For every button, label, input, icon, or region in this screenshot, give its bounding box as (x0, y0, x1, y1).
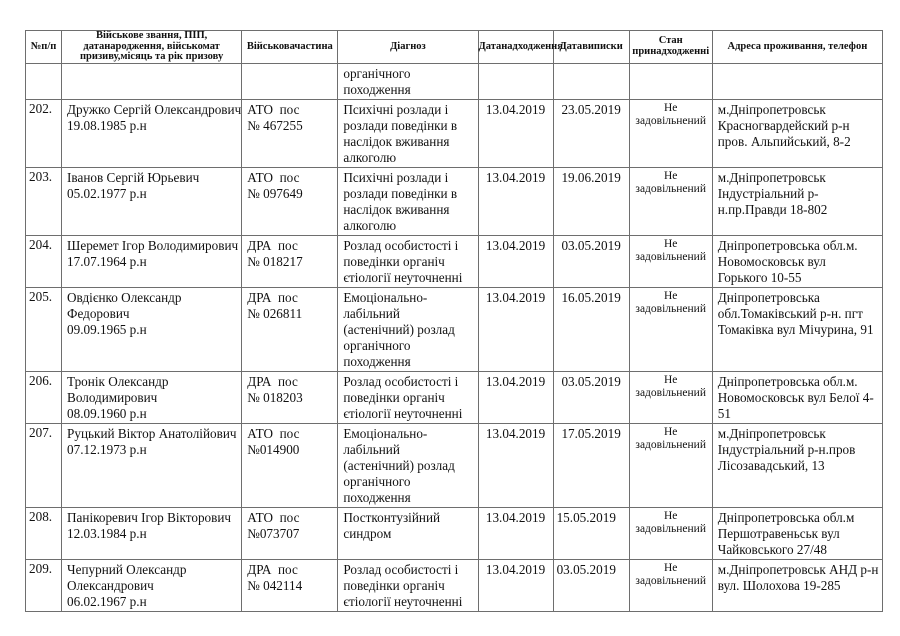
unit-line: № 018203 (247, 390, 332, 406)
discharge-date: 23.05.2019 (554, 100, 629, 118)
cell-name: Овдієнко ОлександрФедорович09.09.1965 р.… (62, 287, 242, 371)
state-line: задовільнений (631, 387, 711, 400)
diagnosis-line: Розлад особистості і (343, 562, 472, 578)
discharge-date (554, 64, 629, 66)
address-line: Чайковського 27/48 (718, 542, 877, 558)
column-header-line: № (31, 41, 42, 52)
diagnosis-line: поведінки органіч (343, 390, 472, 406)
diagnosis-line: єтіології неуточненні (343, 594, 472, 610)
column-header-admission-date: Датанадходження (478, 31, 553, 64)
row-number: 203. (26, 168, 61, 185)
cell-unit: ДРА пос№ 042114 (242, 559, 338, 611)
unit-line: №014900 (247, 442, 332, 458)
cell-unit: АТО пос№073707 (242, 507, 338, 559)
discharge-date: 03.05.2019 (554, 236, 629, 254)
state-line: Не (631, 170, 711, 183)
cell-address: м.ДніпропетровськКрасногвардейский р-нпр… (712, 99, 882, 167)
unit-line: № 042114 (247, 578, 332, 594)
name-line: Шеремет Ігор Володимирович (67, 238, 236, 254)
cell-diagnosis: Постконтузійнийсиндром (338, 507, 478, 559)
discharge-date: 19.06.2019 (554, 168, 629, 186)
discharge-date: 16.05.2019 (554, 288, 629, 306)
column-header-name: Військове звання, ПІП, датанародження, в… (62, 31, 242, 64)
table-header: №п/пВійськове звання, ПІП, датанародженн… (26, 31, 883, 64)
unit-line: № 018217 (247, 254, 332, 270)
diagnosis-line: Постконтузійний (343, 510, 472, 526)
cell-diagnosis: Психічні розлади ірозлади поведінки внас… (338, 99, 478, 167)
admission-date: 13.04.2019 (479, 508, 553, 526)
column-header-line: надходження (501, 41, 563, 52)
name-line: 06.02.1967 р.н (67, 594, 236, 610)
address-line: Індустріальний р-н.пров (718, 442, 877, 458)
cell-name (62, 63, 242, 99)
address-line: Томаківка вул Мічурина, 91 (718, 322, 877, 338)
table-row: 208.Панікоревич Ігор Вікторович12.03.198… (26, 507, 883, 559)
column-header-state: Стан принадходженні (629, 31, 712, 64)
cell-number: 207. (26, 423, 62, 507)
cell-discharge-date: 03.05.2019 (553, 371, 629, 423)
diagnosis-line: органічного (343, 66, 472, 82)
name-line: 17.07.1964 р.н (67, 254, 236, 270)
state-line: задовільнений (631, 303, 711, 316)
name-line: Олександрович (67, 578, 236, 594)
header-row: №п/пВійськове звання, ПІП, датанародженн… (26, 31, 883, 64)
column-header-num: №п/п (26, 31, 62, 64)
name-line: Володимирович (67, 390, 236, 406)
unit-line: № 026811 (247, 306, 332, 322)
address-line: Індустріальний р- (718, 186, 877, 202)
address-line: Дніпропетровська (718, 290, 877, 306)
cell-unit: АТО пос№ 097649 (242, 167, 338, 235)
admission-date: 13.04.2019 (479, 100, 553, 118)
cell-diagnosis: Розлад особистості іповедінки органічєті… (338, 235, 478, 287)
row-number: 207. (26, 424, 61, 441)
diagnosis-line: алкоголю (343, 218, 472, 234)
name-line: Іванов Сергій Юрьевич (67, 170, 236, 186)
address-line: Лісозавадський, 13 (718, 458, 877, 474)
name-line: 07.12.1973 р.н (67, 442, 236, 458)
unit-line: № 097649 (247, 186, 332, 202)
cell-admission-date: 13.04.2019 (478, 559, 553, 611)
cell-discharge-date: 16.05.2019 (553, 287, 629, 371)
address-line: Новомосковськ вул Белої 4- (718, 390, 877, 406)
unit-line: ДРА пос (247, 562, 332, 578)
diagnosis-line: розлади поведінки в (343, 118, 472, 134)
address-line: обл.Томаківський р-н. пгт (718, 306, 877, 322)
unit-line: АТО пос (247, 170, 332, 186)
name-line: 08.09.1960 р.н (67, 406, 236, 422)
column-header-line: Адреса проживання, телефон (728, 41, 868, 52)
table-row: 207.Руцький Віктор Анатолійович07.12.197… (26, 423, 883, 507)
row-number: 208. (26, 508, 61, 525)
address-line: Горького 10-55 (718, 270, 877, 286)
column-header-line: виписки (582, 41, 623, 52)
cell-diagnosis: Розлад особистості іповедінки органічєті… (338, 371, 478, 423)
cell-diagnosis: Розлад особистості іповедінки органічєті… (338, 559, 478, 611)
diagnosis-line: Психічні розлади і (343, 170, 472, 186)
cell-state: Незадовільнений (629, 507, 712, 559)
unit-line: ДРА пос (247, 290, 332, 306)
discharge-date: 15.05.2019 (554, 508, 629, 526)
address-line: вул. Шолохова 19-285 (718, 578, 877, 594)
cell-name: Чепурний ОлександрОлександрович06.02.196… (62, 559, 242, 611)
cell-number: 209. (26, 559, 62, 611)
name-line: Тронік Олександр (67, 374, 236, 390)
unit-line: №073707 (247, 526, 332, 542)
state-line: задовільнений (631, 115, 711, 128)
unit-line: АТО пос (247, 102, 332, 118)
cell-diagnosis: Психічні розлади ірозлади поведінки внас… (338, 167, 478, 235)
cell-unit (242, 63, 338, 99)
cell-unit: ДРА пос№ 018203 (242, 371, 338, 423)
name-line: Панікоревич Ігор Вікторович (67, 510, 236, 526)
admission-date: 13.04.2019 (479, 236, 553, 254)
name-line: 05.02.1977 р.н (67, 186, 236, 202)
cell-discharge-date: 23.05.2019 (553, 99, 629, 167)
address-line: н.пр.Правди 18-802 (718, 202, 877, 218)
cell-name: Руцький Віктор Анатолійович07.12.1973 р.… (62, 423, 242, 507)
cell-address: Дніпропетровськаобл.Томаківський р-н. пг… (712, 287, 882, 371)
cell-admission-date: 13.04.2019 (478, 167, 553, 235)
diagnosis-line: лабільний (343, 306, 472, 322)
state-line: Не (631, 290, 711, 303)
column-header-line: Діагноз (390, 41, 426, 52)
cell-state: Незадовільнений (629, 371, 712, 423)
name-line: Овдієнко Олександр (67, 290, 236, 306)
column-header-discharge-date: Датавиписки (553, 31, 629, 64)
patient-register-table: №п/пВійськове звання, ПІП, датанародженн… (25, 30, 883, 612)
discharge-date: 03.05.2019 (554, 560, 629, 578)
cell-state: Незадовільнений (629, 99, 712, 167)
cell-name: Іванов Сергій Юрьевич05.02.1977 р.н (62, 167, 242, 235)
table-body: органічногопоходження202.Дружко Сергій О… (26, 63, 883, 611)
cell-discharge-date: 03.05.2019 (553, 559, 629, 611)
cell-admission-date: 13.04.2019 (478, 235, 553, 287)
diagnosis-line: єтіології неуточненні (343, 406, 472, 422)
diagnosis-line: Психічні розлади і (343, 102, 472, 118)
cell-state: Незадовільнений (629, 167, 712, 235)
cell-admission-date: 13.04.2019 (478, 423, 553, 507)
admission-date: 13.04.2019 (479, 424, 553, 442)
cell-state: Незадовільнений (629, 235, 712, 287)
document-page: №п/пВійськове звання, ПІП, датанародженн… (25, 30, 883, 612)
address-line: пров. Альпийський, 8-2 (718, 134, 877, 150)
name-line: 19.08.1985 р.н (67, 118, 236, 134)
cell-discharge-date: 17.05.2019 (553, 423, 629, 507)
diagnosis-line: наслідок вживання (343, 134, 472, 150)
cell-number: 204. (26, 235, 62, 287)
cell-diagnosis: Емоціонально-лабільний(астенічний) розла… (338, 423, 478, 507)
cell-name: Шеремет Ігор Володимирович17.07.1964 р.н (62, 235, 242, 287)
cell-number: 203. (26, 167, 62, 235)
diagnosis-line: Емоціонально- (343, 290, 472, 306)
address-line: м.Дніпропетровськ (718, 426, 877, 442)
unit-line: № 467255 (247, 118, 332, 134)
state-line: Не (631, 562, 711, 575)
cell-number: 208. (26, 507, 62, 559)
cell-address: Дніпропетровська обл.м.Новомосковськ вул… (712, 235, 882, 287)
cell-name: Панікоревич Ігор Вікторович12.03.1984 р.… (62, 507, 242, 559)
diagnosis-line: (астенічний) розлад (343, 322, 472, 338)
diagnosis-line: єтіології неуточненні (343, 270, 472, 286)
name-line: Руцький Віктор Анатолійович (67, 426, 236, 442)
address-line: Дніпропетровська обл.м. (718, 374, 877, 390)
address-line: Красногвардейский р-н (718, 118, 877, 134)
cell-number: 202. (26, 99, 62, 167)
name-line: 12.03.1984 р.н (67, 526, 236, 542)
diagnosis-line: органічного (343, 474, 472, 490)
column-header-line: частина (294, 41, 332, 52)
column-header-line: місяць та рік призову (120, 51, 223, 62)
cell-number: 205. (26, 287, 62, 371)
address-line: Першотравеньськ вул (718, 526, 877, 542)
table-row: 203.Іванов Сергій Юрьевич05.02.1977 р.нА… (26, 167, 883, 235)
admission-date: 13.04.2019 (479, 372, 553, 390)
admission-date: 13.04.2019 (479, 288, 553, 306)
column-header-line: Дата (559, 41, 582, 52)
cell-number (26, 63, 62, 99)
cell-discharge-date: 19.06.2019 (553, 167, 629, 235)
cell-state: Незадовільнений (629, 559, 712, 611)
diagnosis-line: синдром (343, 526, 472, 542)
state-line: задовільнений (631, 183, 711, 196)
cell-admission-date (478, 63, 553, 99)
cell-discharge-date: 15.05.2019 (553, 507, 629, 559)
cell-admission-date: 13.04.2019 (478, 371, 553, 423)
admission-date: 13.04.2019 (479, 560, 553, 578)
state-line: задовільнений (631, 523, 711, 536)
column-header-line: надходженні (650, 46, 709, 57)
diagnosis-line: лабільний (343, 442, 472, 458)
state-line: Не (631, 426, 711, 439)
cell-unit: АТО пос№014900 (242, 423, 338, 507)
table-row: органічногопоходження (26, 63, 883, 99)
row-number: 209. (26, 560, 61, 577)
state-line: Не (631, 238, 711, 251)
cell-admission-date: 13.04.2019 (478, 507, 553, 559)
address-line: 51 (718, 406, 877, 422)
column-header-line: Військова (247, 41, 295, 52)
admission-date: 13.04.2019 (479, 168, 553, 186)
diagnosis-line: (астенічний) розлад (343, 458, 472, 474)
diagnosis-line: Емоціонально- (343, 426, 472, 442)
state-line: Не (631, 374, 711, 387)
table-row: 209.Чепурний ОлександрОлександрович06.02… (26, 559, 883, 611)
cell-unit: АТО пос№ 467255 (242, 99, 338, 167)
state-line: задовільнений (631, 251, 711, 264)
column-header-line: п/п (41, 41, 56, 52)
cell-address: Дніпропетровська обл.м.Новомосковськ вул… (712, 371, 882, 423)
cell-discharge-date (553, 63, 629, 99)
cell-state: Незадовільнений (629, 287, 712, 371)
cell-name: Дружко Сергій Олександрович19.08.1985 р.… (62, 99, 242, 167)
table-row: 205.Овдієнко ОлександрФедорович09.09.196… (26, 287, 883, 371)
row-number: 204. (26, 236, 61, 253)
column-header-line: Дата (479, 41, 502, 52)
diagnosis-line: наслідок вживання (343, 202, 472, 218)
row-number: 205. (26, 288, 61, 305)
cell-diagnosis: Емоціонально-лабільний(астенічний) розла… (338, 287, 478, 371)
row-number: 202. (26, 100, 61, 117)
diagnosis-line: органічного (343, 338, 472, 354)
cell-discharge-date: 03.05.2019 (553, 235, 629, 287)
address-line: Новомосковськ вул (718, 254, 877, 270)
state-line: задовільнений (631, 439, 711, 452)
address-line: Дніпропетровська обл.м. (718, 238, 877, 254)
cell-admission-date: 13.04.2019 (478, 99, 553, 167)
cell-address: м.ДніпропетровськІндустріальний р-н.пров… (712, 423, 882, 507)
diagnosis-line: Розлад особистості і (343, 374, 472, 390)
diagnosis-line: походження (343, 82, 472, 98)
address-line: м.Дніпропетровськ (718, 170, 877, 186)
name-line: Дружко Сергій Олександрович (67, 102, 236, 118)
unit-line: ДРА пос (247, 238, 332, 254)
state-line: Не (631, 510, 711, 523)
cell-admission-date: 13.04.2019 (478, 287, 553, 371)
cell-address (712, 63, 882, 99)
cell-unit: ДРА пос№ 018217 (242, 235, 338, 287)
cell-address: м.Дніпропетровськ АНД р-нвул. Шолохова 1… (712, 559, 882, 611)
diagnosis-line: походження (343, 354, 472, 370)
cell-diagnosis: органічногопоходження (338, 63, 478, 99)
unit-line: АТО пос (247, 426, 332, 442)
table-row: 206.Тронік ОлександрВолодимирович08.09.1… (26, 371, 883, 423)
column-header-address: Адреса проживання, телефон (712, 31, 882, 64)
row-number: 206. (26, 372, 61, 389)
column-header-unit: Військовачастина (242, 31, 338, 64)
diagnosis-line: поведінки органіч (343, 578, 472, 594)
cell-unit: ДРА пос№ 026811 (242, 287, 338, 371)
cell-number: 206. (26, 371, 62, 423)
diagnosis-line: розлади поведінки в (343, 186, 472, 202)
admission-date (479, 64, 553, 66)
name-line: 09.09.1965 р.н (67, 322, 236, 338)
state-line: задовільнений (631, 575, 711, 588)
state-line: Не (631, 102, 711, 115)
discharge-date: 03.05.2019 (554, 372, 629, 390)
table-row: 204.Шеремет Ігор Володимирович17.07.1964… (26, 235, 883, 287)
cell-state: Незадовільнений (629, 423, 712, 507)
diagnosis-line: поведінки органіч (343, 254, 472, 270)
name-line: Федорович (67, 306, 236, 322)
unit-line: ДРА пос (247, 374, 332, 390)
address-line: Дніпропетровська обл.м (718, 510, 877, 526)
cell-name: Тронік ОлександрВолодимирович08.09.1960 … (62, 371, 242, 423)
column-header-diagnosis: Діагноз (338, 31, 478, 64)
unit-line: АТО пос (247, 510, 332, 526)
address-line: м.Дніпропетровськ АНД р-н (718, 562, 877, 578)
diagnosis-line: походження (343, 490, 472, 506)
cell-state (629, 63, 712, 99)
table-row: 202.Дружко Сергій Олександрович19.08.198… (26, 99, 883, 167)
cell-address: Дніпропетровська обл.мПершотравеньськ ву… (712, 507, 882, 559)
discharge-date: 17.05.2019 (554, 424, 629, 442)
diagnosis-line: Розлад особистості і (343, 238, 472, 254)
address-line: м.Дніпропетровськ (718, 102, 877, 118)
name-line: Чепурний Олександр (67, 562, 236, 578)
cell-address: м.ДніпропетровськІндустріальний р-н.пр.П… (712, 167, 882, 235)
diagnosis-line: алкоголю (343, 150, 472, 166)
row-number (26, 64, 61, 65)
